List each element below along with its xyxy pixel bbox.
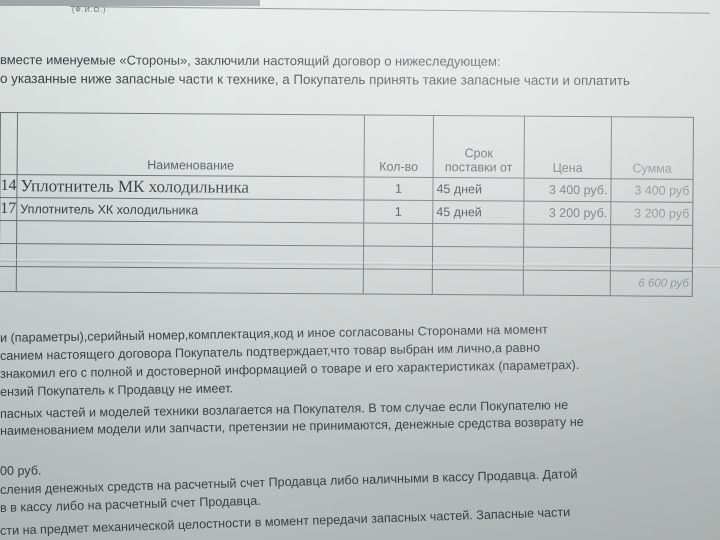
header-qty: Кол-во [364, 115, 433, 177]
empty-cell [0, 266, 16, 291]
intro-line: вместе именуемые «Стороны», заключили на… [0, 52, 501, 69]
empty-cell [16, 267, 363, 294]
header-term: Срок поставки от [433, 116, 524, 179]
paragraph-line: в в кассу либо на расчетный счет Продавц… [0, 494, 261, 515]
header-price: Цена [524, 116, 611, 179]
row-price: 3 400 руб. [524, 178, 611, 202]
empty-cell [432, 247, 523, 271]
empty-cell [0, 221, 17, 244]
header-term-line2: поставки от [445, 160, 513, 174]
empty-cell [0, 244, 17, 267]
header-term-line1: Срок [464, 146, 493, 160]
empty-cell [523, 270, 610, 296]
items-table: Наименование Кол-во Срок поставки от Цен… [0, 112, 694, 297]
row-num: 17 [0, 198, 17, 221]
header-name: Наименование [17, 113, 364, 177]
row-term: 45 дней [433, 201, 524, 225]
header-sum: Сумма [611, 117, 693, 180]
empty-cell [523, 247, 610, 271]
paragraph-line: сления денежных средств на расчетный сче… [0, 467, 578, 497]
row-sum: 3 400 руб [611, 179, 693, 203]
row-sum: 3 200 руб [611, 202, 693, 226]
table-header-row: Наименование Кол-во Срок поставки от Цен… [0, 113, 693, 180]
empty-cell [611, 225, 693, 249]
signature-caption: (Ф.И.О.) [72, 7, 106, 14]
row-name: Уплотнитель МК холодильника [17, 175, 364, 200]
signature-underline [70, 6, 710, 14]
empty-cell [16, 244, 363, 269]
empty-cell [432, 270, 523, 296]
row-price: 3 200 руб. [524, 201, 611, 225]
signature-ink [0, 0, 260, 6]
row-num: 14 [0, 175, 17, 198]
empty-cell [524, 224, 611, 248]
header-num [0, 113, 17, 175]
paragraph-line: 00 руб. [0, 464, 42, 478]
empty-cell [433, 224, 524, 248]
row-name: Уплотнитель ХК холодильника [17, 198, 364, 223]
row-qty: 1 [364, 200, 433, 223]
signature-line-area [0, 0, 720, 8]
row-qty: 1 [364, 177, 433, 200]
empty-cell [363, 246, 432, 269]
table-total-row: 6 600 руб [0, 266, 692, 296]
paragraph-line: ензий Покупатель к Продавцу не имеет. [0, 381, 233, 399]
empty-cell [17, 221, 364, 246]
empty-cell [363, 269, 432, 294]
empty-cell [364, 223, 433, 246]
subject-line: о указанные ниже запасные части к техник… [0, 71, 630, 88]
row-term: 45 дней [433, 178, 524, 202]
total-sum: 6 600 руб [610, 271, 692, 297]
